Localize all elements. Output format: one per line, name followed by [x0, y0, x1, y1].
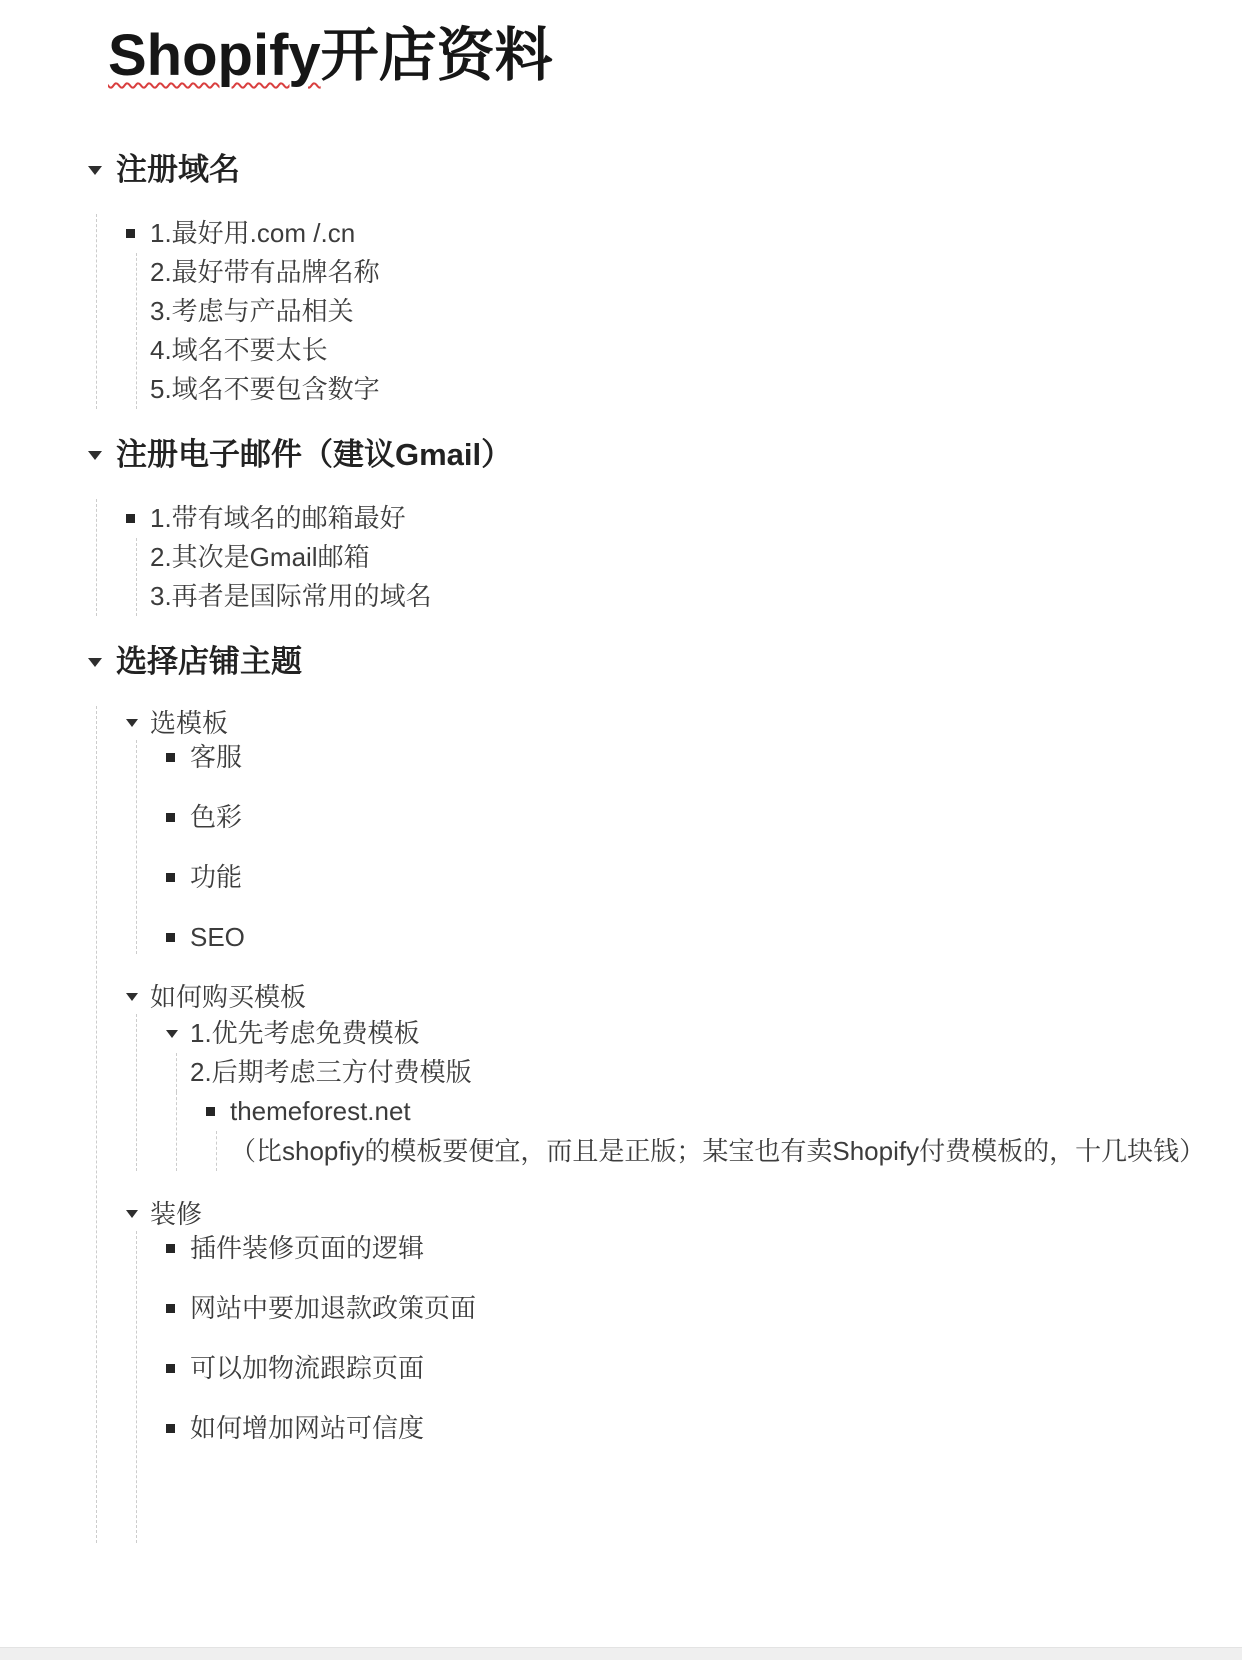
collapse-triangle-icon[interactable] — [166, 1030, 178, 1038]
bullet-column — [126, 499, 150, 538]
section-domain-heading-row: 注册域名 — [88, 150, 1242, 190]
bullet-column — [166, 1014, 190, 1053]
node-continuation: 2.最好带有品牌名称 3.考虑与产品相关 4.域名不要太长 5.域名不要包含数字 — [136, 253, 1242, 409]
node-row: 色彩 — [137, 800, 1242, 834]
outline-node: 1.带有域名的邮箱最好 2.其次是Gmail邮箱 3.再者是国际常用的域名 — [97, 499, 1242, 616]
outline-node: 功能 — [137, 860, 1242, 894]
node-text[interactable]: 2.其次是Gmail邮箱 — [150, 538, 1242, 577]
node-text[interactable]: 1.优先考虑免费模板 — [190, 1014, 420, 1053]
node-row: 如何增加网站可信度 — [137, 1411, 1242, 1445]
children-group: 1.带有域名的邮箱最好 2.其次是Gmail邮箱 3.再者是国际常用的域名 — [96, 499, 1242, 616]
section-theme-heading-row: 选择店铺主题 — [88, 642, 1242, 682]
bullet-column — [126, 706, 150, 740]
outline-node: 如何增加网站可信度 — [137, 1411, 1242, 1445]
bullet-column — [166, 1231, 190, 1265]
section-heading[interactable]: 注册电子邮件（建议Gmail） — [116, 435, 512, 475]
bullet-square-icon[interactable] — [166, 1364, 175, 1373]
node-row: 1.最好用.com /.cn — [97, 214, 1242, 253]
node-row: 网站中要加退款政策页面 — [137, 1291, 1242, 1325]
bullet-square-icon[interactable] — [166, 1424, 175, 1433]
outline-node: 色彩 — [137, 800, 1242, 834]
section-heading[interactable]: 选择店铺主题 — [116, 642, 302, 682]
node-text[interactable]: 色彩 — [190, 800, 242, 834]
node-text[interactable]: SEO — [190, 920, 245, 954]
bullet-square-icon[interactable] — [126, 229, 135, 238]
bullet-column — [88, 150, 116, 190]
node-continuation: （比shopfiy的模板要便宜，而且是正版；某宝也有卖Shopify付费模板的，… — [216, 1131, 1242, 1171]
children-group: 选模板 客服 色彩 — [96, 706, 1242, 1543]
document-title[interactable]: Shopify开店资料 — [108, 16, 1242, 96]
bullet-column — [206, 1092, 230, 1131]
children-group: 1.优先考虑免费模板 2.后期考虑三方付费模版 themeforest.net — [136, 1014, 1242, 1171]
node-text[interactable]: 可以加物流跟踪页面 — [190, 1351, 424, 1385]
node-text[interactable]: 1.最好用.com /.cn — [150, 214, 355, 253]
bullet-column — [166, 1351, 190, 1385]
outline-node-themeforest: themeforest.net （比shopfiy的模板要便宜，而且是正版；某宝… — [177, 1092, 1242, 1171]
node-text[interactable]: 网站中要加退款政策页面 — [190, 1291, 476, 1325]
outline-node-buy-template: 如何购买模板 1.优先考虑免费模板 2.后期考虑三方付费模版 — [97, 980, 1242, 1171]
bullet-square-icon[interactable] — [166, 873, 175, 882]
outline-node: 客服 — [137, 740, 1242, 774]
node-continuation: 2.其次是Gmail邮箱 3.再者是国际常用的域名 — [136, 538, 1242, 616]
node-text[interactable]: 3.再者是国际常用的域名 — [150, 577, 1242, 616]
bullet-column — [166, 920, 190, 954]
node-text[interactable]: 插件装修页面的逻辑 — [190, 1231, 424, 1265]
node-row: 功能 — [137, 860, 1242, 894]
section-theme: 选择店铺主题 选模板 客服 — [88, 642, 1242, 1543]
section-heading[interactable]: 注册域名 — [116, 150, 240, 190]
node-text[interactable]: 装修 — [150, 1197, 202, 1231]
outline-node: 1.优先考虑免费模板 2.后期考虑三方付费模版 themeforest.net — [137, 1014, 1242, 1171]
children-group: 客服 色彩 功能 — [136, 740, 1242, 954]
collapse-triangle-icon[interactable] — [88, 658, 102, 667]
node-row: 插件装修页面的逻辑 — [137, 1231, 1242, 1265]
node-row: 如何购买模板 — [97, 980, 1242, 1014]
node-row: 选模板 — [97, 706, 1242, 740]
bullet-square-icon[interactable] — [126, 514, 135, 523]
children-group: 1.最好用.com /.cn 2.最好带有品牌名称 3.考虑与产品相关 4.域名… — [96, 214, 1242, 409]
collapse-triangle-icon[interactable] — [126, 719, 138, 727]
outline-node: 可以加物流跟踪页面 — [137, 1351, 1242, 1385]
node-row: 装修 — [97, 1197, 1242, 1231]
collapse-triangle-icon[interactable] — [88, 166, 102, 175]
node-text[interactable]: 功能 — [190, 860, 242, 894]
document-title-rest[interactable]: 开店资料 — [321, 23, 553, 88]
children-group: themeforest.net （比shopfiy的模板要便宜，而且是正版；某宝… — [176, 1092, 1242, 1171]
section-domain: 注册域名 1.最好用.com /.cn 2.最好带有品牌名称 3.考虑与产品相关… — [88, 150, 1242, 409]
collapse-triangle-icon[interactable] — [126, 993, 138, 1001]
bullet-square-icon[interactable] — [166, 933, 175, 942]
outline-node-decorate: 装修 插件装修页面的逻辑 网站中要加退款政策页面 — [97, 1197, 1242, 1543]
bullet-column — [126, 1197, 150, 1231]
node-row: SEO — [137, 920, 1242, 954]
bullet-square-icon[interactable] — [206, 1107, 215, 1116]
bullet-square-icon[interactable] — [166, 813, 175, 822]
node-text[interactable]: 4.域名不要太长 — [150, 331, 1242, 370]
node-text[interactable]: 1.带有域名的邮箱最好 — [150, 499, 406, 538]
node-text[interactable]: 5.域名不要包含数字 — [150, 370, 1242, 409]
bullet-column — [166, 740, 190, 774]
node-row: 1.带有域名的邮箱最好 — [97, 499, 1242, 538]
node-text[interactable]: 2.最好带有品牌名称 — [150, 253, 1242, 292]
document-title-brand[interactable]: Shopify — [108, 23, 321, 88]
bullet-column — [88, 642, 116, 682]
outline-node: 网站中要加退款政策页面 — [137, 1291, 1242, 1325]
node-text[interactable]: 选模板 — [150, 706, 228, 740]
section-email-heading-row: 注册电子邮件（建议Gmail） — [88, 435, 1242, 475]
bullet-column — [126, 980, 150, 1014]
outline-node: 插件装修页面的逻辑 — [137, 1231, 1242, 1265]
children-group: 插件装修页面的逻辑 网站中要加退款政策页面 可以加物流跟踪页面 — [136, 1231, 1242, 1543]
section-email: 注册电子邮件（建议Gmail） 1.带有域名的邮箱最好 2.其次是Gmail邮箱… — [88, 435, 1242, 616]
node-row: themeforest.net — [177, 1092, 1242, 1131]
bullet-square-icon[interactable] — [166, 1244, 175, 1253]
node-row: 可以加物流跟踪页面 — [137, 1351, 1242, 1385]
node-row: 客服 — [137, 740, 1242, 774]
bullet-square-icon[interactable] — [166, 1304, 175, 1313]
node-row: 1.优先考虑免费模板 — [137, 1014, 1242, 1053]
outline-node: 1.最好用.com /.cn 2.最好带有品牌名称 3.考虑与产品相关 4.域名… — [97, 214, 1242, 409]
collapse-triangle-icon[interactable] — [126, 1210, 138, 1218]
bullet-column — [166, 1291, 190, 1325]
node-text[interactable]: （比shopfiy的模板要便宜，而且是正版；某宝也有卖Shopify付费模板的，… — [230, 1131, 1225, 1171]
node-text[interactable]: 客服 — [190, 740, 242, 774]
window-bottom-bar — [0, 1647, 1242, 1660]
node-text[interactable]: 如何增加网站可信度 — [190, 1411, 424, 1445]
document-page: Shopify开店资料 注册域名 1.最好用.com /.cn 2.最好带有品牌… — [0, 0, 1242, 1569]
outline-node: SEO — [137, 920, 1242, 954]
bullet-column — [166, 800, 190, 834]
outline-node-pick-template: 选模板 客服 色彩 — [97, 706, 1242, 954]
bullet-column — [166, 1411, 190, 1445]
node-text[interactable]: 如何购买模板 — [150, 980, 306, 1014]
bullet-column — [88, 435, 116, 475]
bullet-column — [166, 860, 190, 894]
bullet-column — [126, 214, 150, 253]
bullet-square-icon[interactable] — [166, 753, 175, 762]
node-continuation: 2.后期考虑三方付费模版 — [176, 1053, 1242, 1092]
node-text[interactable]: 2.后期考虑三方付费模版 — [190, 1053, 1242, 1092]
node-text[interactable]: themeforest.net — [230, 1092, 411, 1131]
collapse-triangle-icon[interactable] — [88, 451, 102, 460]
node-text[interactable]: 3.考虑与产品相关 — [150, 292, 1242, 331]
